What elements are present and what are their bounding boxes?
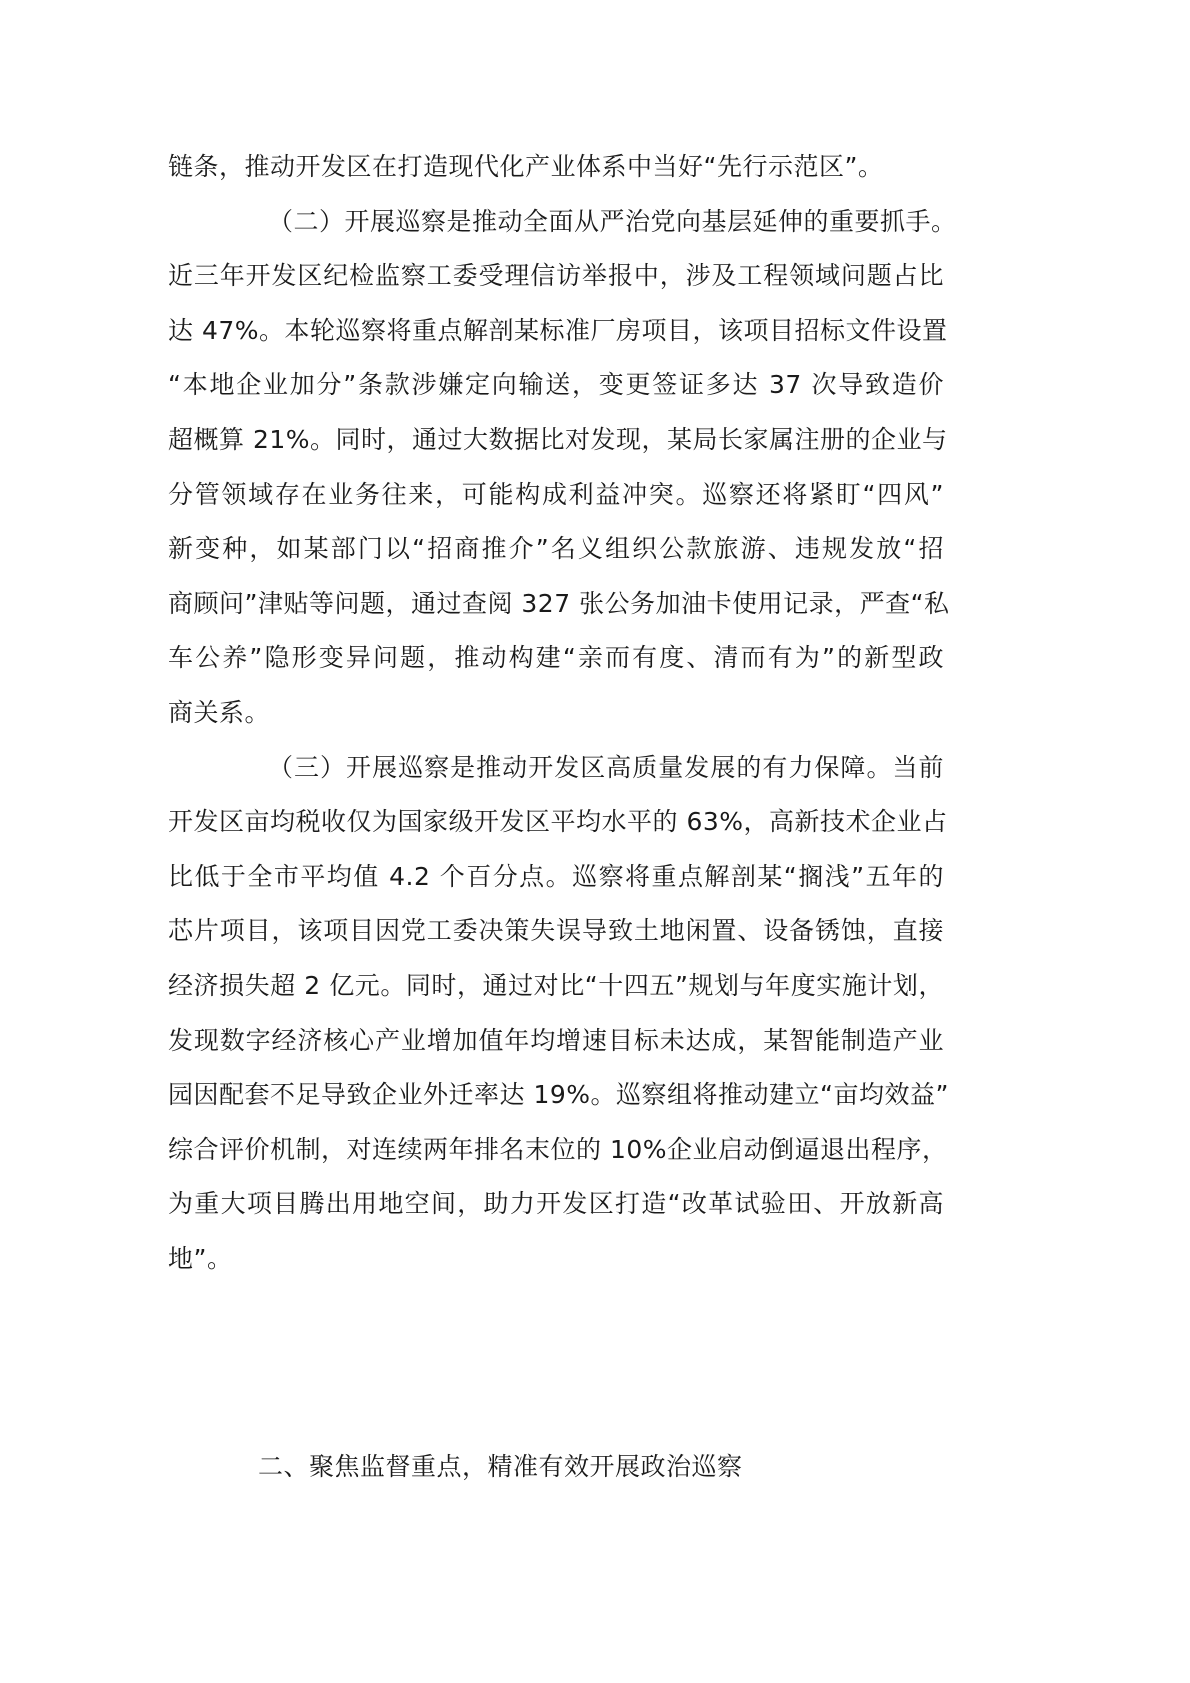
text-line: 新变种，如某部门以“招商推介”名义组织公款旅游、违规发放“招	[168, 522, 944, 577]
text-line: 分管领域存在业务往来，可能构成利益冲突。巡察还将紧盯“四风”	[168, 468, 944, 523]
section-heading: 二、聚焦监督重点，精准有效开展政治巡察	[258, 1440, 743, 1494]
text-line: 经济损失超 2 亿元。同时，通过对比“十四五”规划与年度实施计划，	[168, 959, 944, 1014]
text-line: 超概算 21%。同时，通过大数据比对发现，某局长家属注册的企业与	[168, 413, 944, 468]
subsection-heading-line: （三）开展巡察是推动开发区高质量发展的有力保障。当前	[168, 741, 944, 796]
text-line: 链条，推动开发区在打造现代化产业体系中当好“先行示范区”。	[168, 140, 944, 195]
text-line: 车公养”隐形变异问题，推动构建“亲而有度、清而有为”的新型政	[168, 631, 944, 686]
text-line: 为重大项目腾出用地空间，助力开发区打造“改革试验田、开放新高	[168, 1177, 944, 1232]
text-line: 近三年开发区纪检监察工委受理信访举报中，涉及工程领域问题占比	[168, 249, 944, 304]
subsection-heading-line: （二）开展巡察是推动全面从严治党向基层延伸的重要抓手。	[168, 195, 944, 250]
text-line: 商顾问”津贴等问题，通过查阅 327 张公务加油卡使用记录，严查“私	[168, 577, 944, 632]
text-line: 芯片项目，该项目因党工委决策失误导致土地闲置、设备锈蚀，直接	[168, 904, 944, 959]
text-line: 商关系。	[168, 686, 944, 741]
text-line: 地”。	[168, 1232, 944, 1287]
text-line: 发现数字经济核心产业增加值年均增速目标未达成，某智能制造产业	[168, 1014, 944, 1069]
text-line: 达 47%。本轮巡察将重点解剖某标准厂房项目，该项目招标文件设置	[168, 304, 944, 359]
text-line: 比低于全市平均值 4.2 个百分点。巡察将重点解剖某“搁浅”五年的	[168, 850, 944, 905]
text-line: 园因配套不足导致企业外迁率达 19%。巡察组将推动建立“亩均效益”	[168, 1068, 944, 1123]
document-page: 链条，推动开发区在打造现代化产业体系中当好“先行示范区”。 （二）开展巡察是推动…	[168, 140, 944, 1286]
text-line: “本地企业加分”条款涉嫌定向输送，变更签证多达 37 次导致造价	[168, 358, 944, 413]
text-line: 综合评价机制，对连续两年排名末位的 10%企业启动倒逼退出程序，	[168, 1123, 944, 1178]
text-line: 开发区亩均税收仅为国家级开发区平均水平的 63%，高新技术企业占	[168, 795, 944, 850]
